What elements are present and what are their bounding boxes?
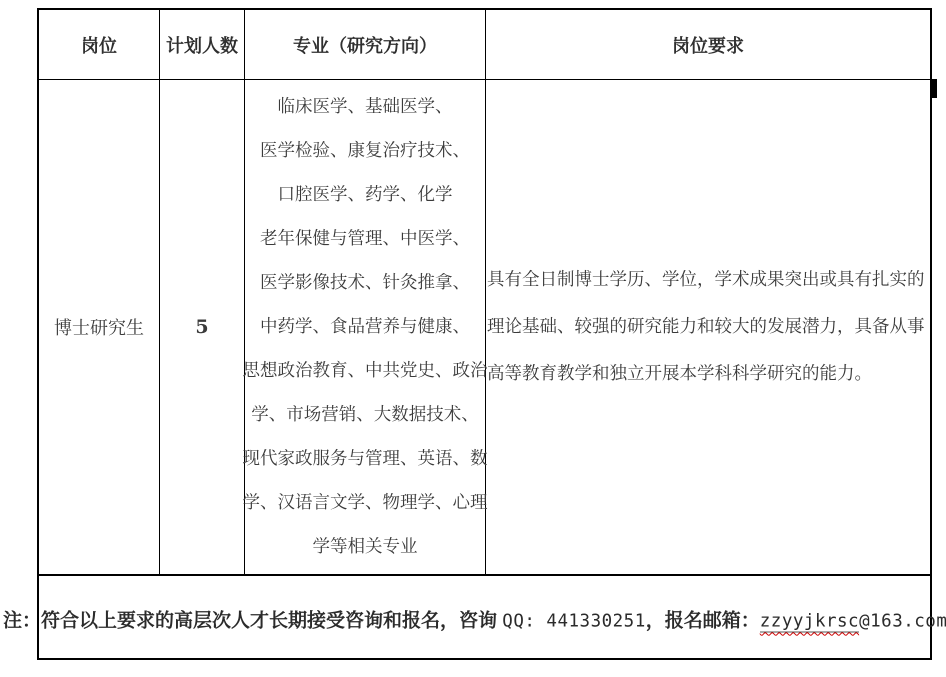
cell-position: 博士研究生 [39, 80, 160, 576]
document-page: { "colors": { "background": "#ffffff", "… [0, 0, 946, 677]
note-row: 注：符合以上要求的高层次人才长期接受咨询和报名，咨询 QQ: 441330251… [39, 576, 930, 658]
requirement-line: 理论基础、较强的研究能力和较大的发展潜力，具备从事 [487, 304, 930, 351]
header-cell-position: 岗位 [39, 10, 160, 80]
major-line: 老年保健与管理、中医学、 [260, 217, 470, 261]
note-middle: ，报名邮箱： [646, 611, 760, 632]
major-line: 学等相关专业 [313, 525, 418, 569]
major-line: 临床医学、基础医学、 [278, 85, 453, 129]
recruitment-table: 岗位 计划人数 专业（研究方向） 岗位要求 博士研究生 5 临床医学、基础医学、… [37, 8, 932, 660]
header-cell-count: 计划人数 [160, 10, 245, 80]
major-line: 现代家政服务与管理、英语、数 [243, 437, 488, 481]
major-line: 医学影像技术、针灸推拿、 [260, 261, 470, 305]
major-line: 学、汉语言文学、物理学、心理 [243, 481, 488, 525]
header-count-label: 计划人数 [166, 32, 238, 58]
email-domain: @163.com [859, 612, 946, 632]
header-position-label: 岗位 [81, 32, 117, 58]
note-prefix: 注：符合以上要求的高层次人才长期接受咨询和报名，咨询 [3, 611, 502, 632]
cell-requirements: 具有全日制博士学历、学位，学术成果突出或具有扎实的 理论基础、较强的研究能力和较… [486, 80, 930, 576]
planned-count-value: 5 [195, 316, 208, 338]
major-line: 学、市场营销、大数据技术、 [251, 393, 479, 437]
cell-planned-count: 5 [160, 80, 245, 576]
major-line: 中药学、食品营养与健康、 [260, 305, 470, 349]
header-cell-requirements: 岗位要求 [486, 10, 930, 80]
header-major-label: 专业（研究方向） [293, 32, 437, 58]
requirement-line: 高等教育教学和独立开展本学科科学研究的能力。 [487, 351, 930, 398]
position-value: 博士研究生 [54, 314, 144, 340]
note-qq-contact: QQ: 441330251 [502, 612, 645, 632]
table-border-artifact [930, 79, 937, 98]
major-line: 口腔医学、药学、化学 [278, 173, 453, 217]
requirement-line: 具有全日制博士学历、学位，学术成果突出或具有扎实的 [487, 257, 930, 304]
cell-majors: 临床医学、基础医学、 医学检验、康复治疗技术、 口腔医学、药学、化学 老年保健与… [245, 80, 486, 576]
major-line: 思想政治教育、中共党史、政治 [243, 349, 488, 393]
header-requirements-label: 岗位要求 [672, 32, 744, 58]
note-text: 注：符合以上要求的高层次人才长期接受咨询和报名，咨询 QQ: 441330251… [3, 602, 946, 633]
email-link[interactable]: zzyyjkrsc [760, 612, 859, 633]
header-cell-major: 专业（研究方向） [245, 10, 486, 80]
major-line: 医学检验、康复治疗技术、 [260, 129, 470, 173]
